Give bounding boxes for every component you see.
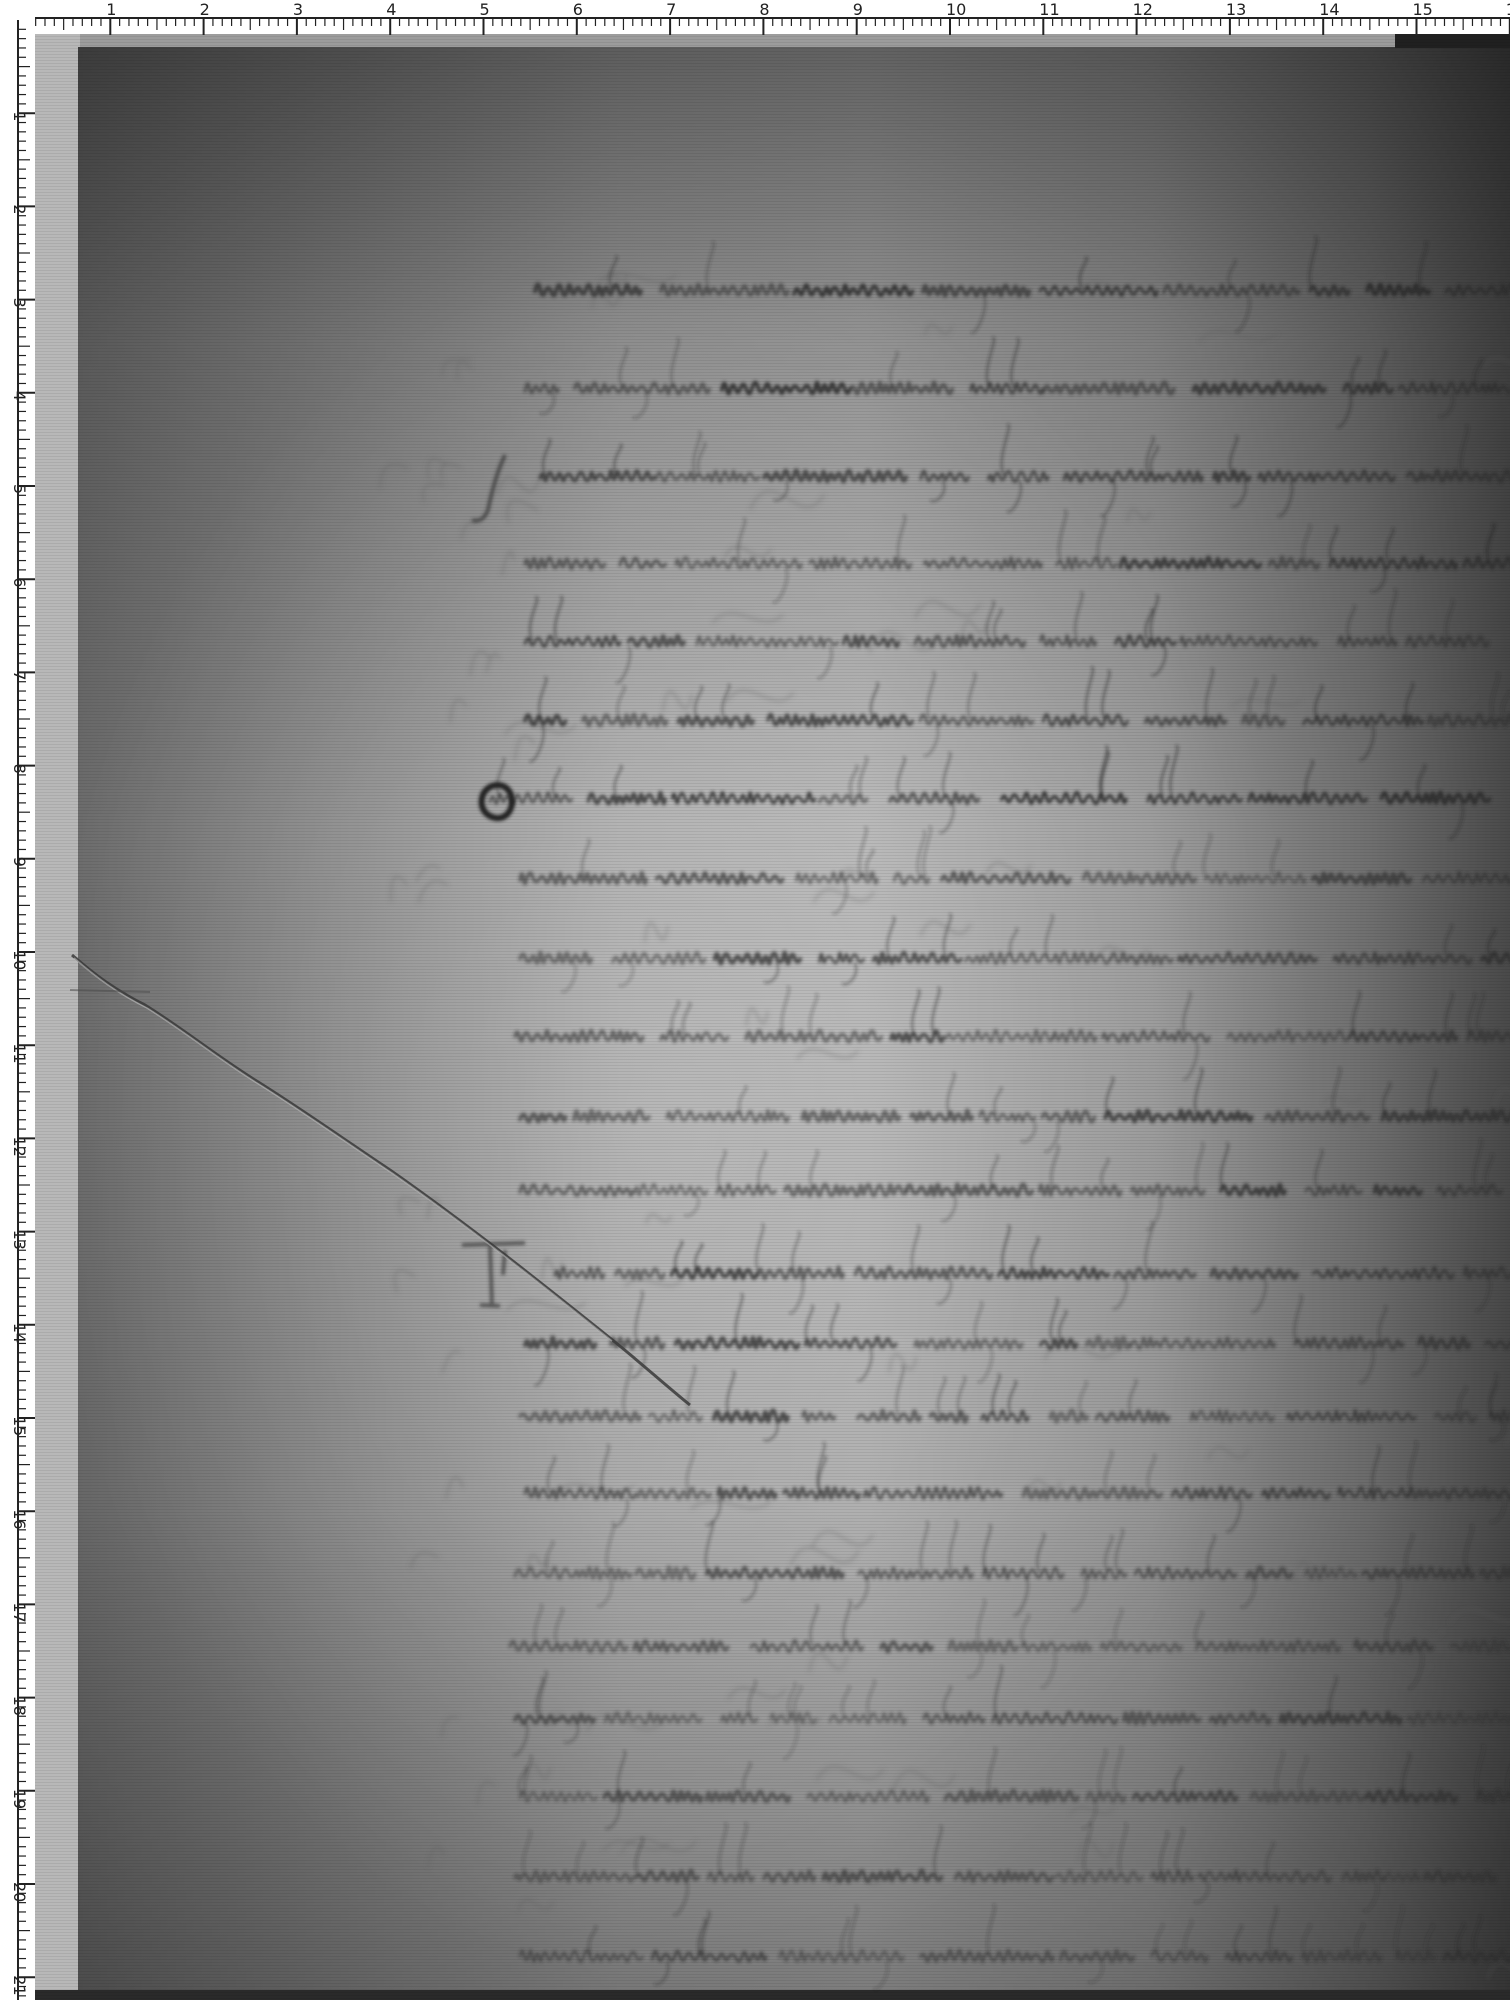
top-ruler-label: 4 — [386, 0, 396, 19]
left-ruler-label: 4 — [10, 391, 29, 401]
left-ruler-label: 3 — [10, 298, 29, 308]
left-ruler-label: 6 — [10, 577, 29, 587]
left-ruler-label: 5 — [10, 484, 29, 494]
top-ruler-label: 3 — [293, 0, 303, 19]
top-ruler-label: 8 — [759, 0, 769, 19]
top-ruler-label: 14 — [1319, 0, 1339, 19]
top-ruler-label: 1 — [106, 0, 116, 19]
top-ruler-label: 11 — [1039, 0, 1059, 19]
left-ruler-label: 18 — [10, 1696, 29, 1716]
top-ruler-label: 7 — [666, 0, 676, 19]
top-ruler-label: 12 — [1133, 0, 1153, 19]
left-ruler-label: 14 — [10, 1323, 29, 1343]
manuscript-scan: 01234567891011121314151 1234567891011121… — [0, 0, 1510, 2000]
left-ruler-label: 1 — [10, 111, 29, 121]
left-ruler-label: 9 — [10, 857, 29, 867]
top-ruler: 01234567891011121314151 — [0, 0, 1510, 35]
left-ruler-label: 2 — [10, 204, 29, 214]
left-ruler-label: 19 — [10, 1789, 29, 1809]
top-ruler-label: 15 — [1413, 0, 1433, 19]
left-ruler-label: 13 — [10, 1230, 29, 1250]
left-ruler-label: 16 — [10, 1509, 29, 1529]
left-ruler-label: 21 — [10, 1975, 29, 1995]
top-ruler-label: 2 — [200, 0, 210, 19]
left-ruler: 123456789101112131415161718192021 — [0, 0, 35, 2000]
left-ruler-label: 7 — [10, 670, 29, 680]
scan-area — [35, 34, 1510, 2000]
left-ruler-label: 8 — [10, 764, 29, 774]
left-ruler-label: 20 — [10, 1882, 29, 1902]
left-ruler-label: 10 — [10, 950, 29, 970]
top-ruler-label: 1 — [1506, 0, 1510, 19]
top-ruler-label: 13 — [1226, 0, 1246, 19]
top-ruler-label: 9 — [853, 0, 863, 19]
left-ruler-label: 17 — [10, 1602, 29, 1622]
top-ruler-label: 10 — [946, 0, 966, 19]
left-ruler-label: 12 — [10, 1136, 29, 1156]
top-ruler-label: 5 — [480, 0, 490, 19]
top-ruler-label: 6 — [573, 0, 583, 19]
left-ruler-label: 15 — [10, 1416, 29, 1436]
left-ruler-label: 11 — [10, 1043, 29, 1063]
